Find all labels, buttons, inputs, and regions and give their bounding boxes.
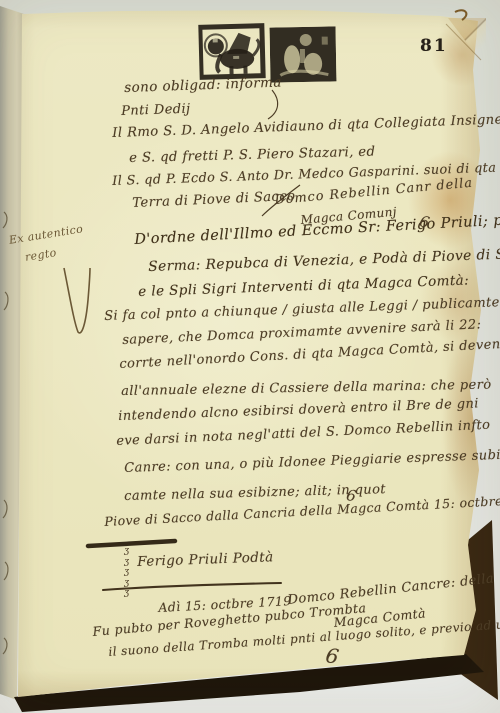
page-number: 81 [420, 36, 448, 56]
manuscript-line: Pnti Dedij [121, 102, 191, 119]
st-mark-lion-stamp-icon [198, 23, 265, 80]
signature-bracket-marks: ʒ ʒ ʒ ʒ ʒ [124, 546, 129, 599]
manuscript-scan: 81 sono obligad: informa Pnti Dedij Il R… [0, 0, 500, 713]
